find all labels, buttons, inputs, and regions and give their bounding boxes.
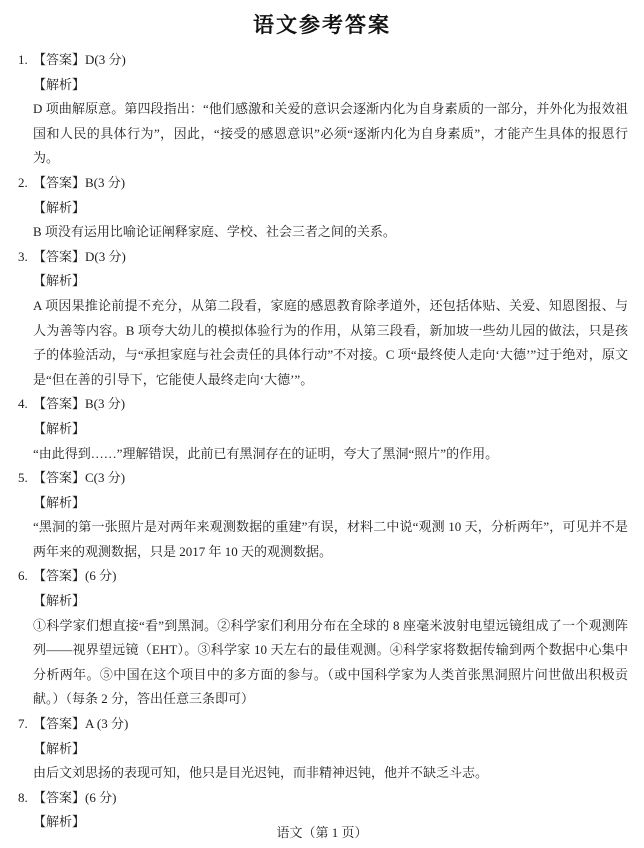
answer-item-2: 2. 【答案】B(3 分) 【解析】 B 项没有运用比喻论证阐释家庭、学校、社会… (18, 171, 628, 245)
answer-label: 【答案】 (33, 52, 85, 67)
answer-item-3: 3. 【答案】D(3 分) 【解析】 A 项因果推论前提不充分，从第二段看，家庭… (18, 245, 628, 393)
answer-label: 【答案】 (33, 716, 85, 731)
answer-label: 【答案】 (33, 396, 85, 411)
answer-item-4: 4. 【答案】B(3 分) 【解析】 “由此得到……”理解错误，此前已有黑洞存在… (18, 392, 628, 466)
item-number: 7. (18, 712, 33, 737)
answer-line: 7. 【答案】A (3 分) (18, 712, 628, 737)
analysis-label: 【解析】 (33, 73, 628, 98)
answer-line: 6. 【答案】(6 分) (18, 564, 628, 589)
analysis-label: 【解析】 (33, 589, 628, 614)
answer-label: 【答案】 (33, 249, 85, 264)
analysis-label: 【解析】 (33, 269, 628, 294)
answer-value: D(3 分) (85, 249, 126, 264)
analysis-label: 【解析】 (33, 196, 628, 221)
answer-item-6: 6. 【答案】(6 分) 【解析】 ①科学家们想直接“看”到黑洞。②科学家们利用… (18, 564, 628, 712)
analysis-text: A 项因果推论前提不充分，从第二段看，家庭的感恩教育除孝道外，还包括体贴、关爱、… (33, 294, 628, 392)
answer-item-5: 5. 【答案】C(3 分) 【解析】 “黑洞的第一张照片是对两年来观测数据的重建… (18, 466, 628, 564)
analysis-text: B 项没有运用比喻论证阐释家庭、学校、社会三者之间的关系。 (33, 220, 628, 245)
analysis-label: 【解析】 (33, 491, 628, 516)
page-title: 语文参考答案 (0, 0, 644, 39)
item-number: 2. (18, 171, 33, 196)
analysis-text: “黑洞的第一张照片是对两年来观测数据的重建”有误，材料二中说“观测 10 天，分… (33, 515, 628, 564)
answer-value: A (3 分) (85, 716, 128, 731)
answer-item-1: 1. 【答案】D(3 分) 【解析】 D 项曲解原意。第四段指出：“他们感激和关… (18, 48, 628, 171)
answer-line: 3. 【答案】D(3 分) (18, 245, 628, 270)
item-number: 1. (18, 48, 33, 73)
answer-label: 【答案】 (33, 790, 85, 805)
answer-value: D(3 分) (85, 52, 126, 67)
item-number: 3. (18, 245, 33, 270)
analysis-label: 【解析】 (33, 737, 628, 762)
analysis-text: “由此得到……”理解错误，此前已有黑洞存在的证明，夸大了黑洞“照片”的作用。 (33, 442, 628, 467)
item-number: 4. (18, 392, 33, 417)
answer-value: (6 分) (85, 790, 116, 805)
analysis-text: D 项曲解原意。第四段指出：“他们感激和关爱的意识会逐渐内化为自身素质的一部分，… (33, 97, 628, 171)
answer-value: C(3 分) (85, 470, 125, 485)
answer-label: 【答案】 (33, 470, 85, 485)
answer-list: 1. 【答案】D(3 分) 【解析】 D 项曲解原意。第四段指出：“他们感激和关… (0, 39, 644, 835)
answer-label: 【答案】 (33, 568, 85, 583)
answer-line: 1. 【答案】D(3 分) (18, 48, 628, 73)
answer-value: B(3 分) (85, 175, 125, 190)
answer-label: 【答案】 (33, 175, 85, 190)
page-footer: 语文（第 1 页） (0, 822, 644, 841)
document-page: 语文参考答案 1. 【答案】D(3 分) 【解析】 D 项曲解原意。第四段指出：… (0, 0, 644, 848)
analysis-text: 由后文刘思扬的表现可知，他只是目光迟钝，而非精神迟钝，他并不缺乏斗志。 (33, 761, 628, 786)
answer-line: 8. 【答案】(6 分) (18, 786, 628, 811)
item-number: 6. (18, 564, 33, 589)
answer-line: 4. 【答案】B(3 分) (18, 392, 628, 417)
item-number: 5. (18, 466, 33, 491)
analysis-text: ①科学家们想直接“看”到黑洞。②科学家们利用分布在全球的 8 座毫米波射电望远镜… (33, 614, 628, 712)
answer-value: B(3 分) (85, 396, 125, 411)
item-number: 8. (18, 786, 33, 811)
answer-value: (6 分) (85, 568, 116, 583)
answer-line: 2. 【答案】B(3 分) (18, 171, 628, 196)
analysis-label: 【解析】 (33, 417, 628, 442)
answer-line: 5. 【答案】C(3 分) (18, 466, 628, 491)
answer-item-7: 7. 【答案】A (3 分) 【解析】 由后文刘思扬的表现可知，他只是目光迟钝，… (18, 712, 628, 786)
